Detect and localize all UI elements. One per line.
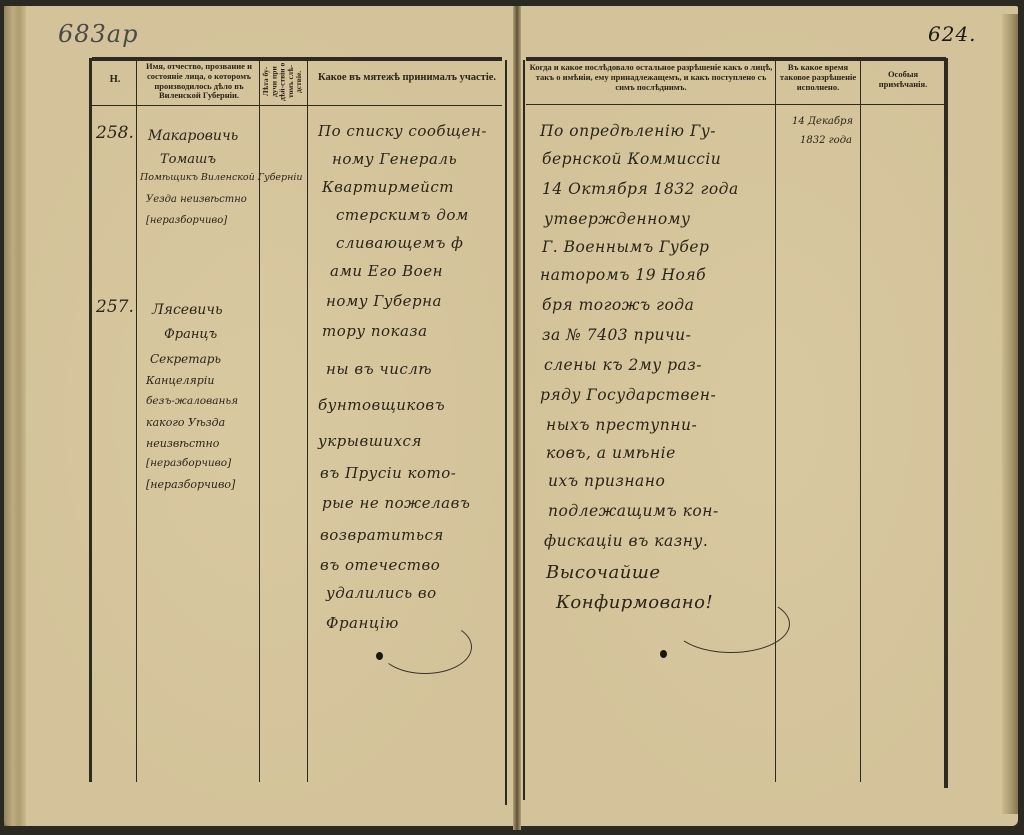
- binding-hole: [660, 650, 667, 658]
- resolution-line: Г. Военнымъ Губер: [542, 238, 709, 256]
- participation-line: Квартирмейст: [322, 178, 454, 196]
- left-folio-mark: 683ар: [58, 20, 138, 48]
- left-outer-rule: [89, 58, 92, 782]
- right-outer-rule: [944, 58, 948, 788]
- participation-line: возвратиться: [320, 526, 444, 544]
- entry-name-line: Лясевичь: [152, 302, 223, 318]
- entry-name-line: неизвѣстно: [146, 437, 219, 450]
- participation-line: бунтовщиковъ: [318, 396, 445, 414]
- entry-number: 257.: [96, 297, 134, 317]
- book-gutter: [513, 6, 521, 830]
- entry-name-line: Канцелярiи: [146, 374, 214, 387]
- resolution-line: Высочайше: [546, 562, 661, 583]
- pen-flourish: [378, 620, 472, 674]
- header-executed-when: Въ какое время таковое разрѣшенiе исполн…: [778, 63, 858, 92]
- executed-when-line: 1832 года: [800, 135, 852, 146]
- participation-line: ны въ числѣ: [326, 360, 432, 378]
- entry-name-line: Макаровичь: [148, 128, 238, 144]
- resolution-line: слены къ 2му раз-: [544, 356, 702, 374]
- resolution-line: бернской Коммиссiи: [542, 150, 721, 168]
- entry-name-line: Францъ: [164, 327, 217, 342]
- participation-line: По списку сообщен-: [318, 122, 487, 140]
- header-resolution: Когда и какое послѣдовало остальное разр…: [528, 63, 774, 92]
- resolution-line: бря тогожъ года: [542, 296, 694, 314]
- participation-line: рые не пожелавъ: [322, 494, 470, 512]
- entry-name-line: Уезда неизвѣстно: [146, 194, 247, 205]
- left-col-rule-3: [307, 60, 308, 782]
- participation-line: стерскимъ дом: [336, 206, 469, 224]
- participation-line: въ отечество: [320, 556, 440, 574]
- participation-line: сливающемъ ф: [336, 234, 463, 252]
- right-top-rule: [526, 57, 946, 61]
- header-remarks: Особыя примѣчанiя.: [863, 70, 943, 90]
- entry-name-line: [неразборчиво]: [146, 478, 235, 491]
- executed-when-line: 14 Декабря: [792, 116, 853, 127]
- participation-line: ному Губерна: [326, 292, 442, 310]
- resolution-line: наторомъ 19 Нояб: [540, 266, 706, 284]
- left-col-rule-1: [136, 60, 137, 782]
- entry-name-line: [неразборчиво]: [146, 457, 231, 469]
- header-participation: Какое въ мятежѣ принималъ участiе.: [312, 72, 502, 84]
- resolution-line: подлежащимъ кон-: [548, 502, 719, 520]
- resolution-line: ныхъ преступни-: [546, 416, 697, 434]
- right-folio-mark: 624.: [928, 22, 977, 46]
- resolution-line: По опредѣленiю Гу-: [540, 122, 716, 140]
- resolution-line: ряду Государствен-: [540, 386, 716, 404]
- entry-name-line: безъ-жалованья: [146, 395, 238, 407]
- left-header-rule: [92, 105, 502, 106]
- entry-name-line: [неразборчиво]: [146, 215, 227, 226]
- entry-number: 258.: [96, 123, 134, 143]
- header-number: Н.: [96, 74, 134, 86]
- resolution-line: за № 7403 причи-: [542, 326, 691, 344]
- right-page-edge: [1002, 14, 1018, 814]
- entry-name-line: Помѣщикъ Виленской Губернiи: [140, 172, 303, 183]
- resolution-line: ковъ, а имѣнiе: [546, 444, 676, 462]
- left-page-edge: [4, 6, 26, 826]
- header-age: Лѣта бу-дучи при дѣй-ствiи о томъ слѣ-дс…: [262, 60, 304, 103]
- resolution-line: утвержденному: [544, 210, 691, 228]
- header-name: Имя, отчество, прозвание и состоянiе лиц…: [140, 62, 258, 101]
- binding-hole: [376, 652, 383, 660]
- pen-flourish: [672, 595, 790, 653]
- entry-name-line: какого Уѣзда: [146, 416, 225, 429]
- participation-line: ному Генераль: [332, 150, 457, 168]
- entry-name-line: Томашъ: [160, 152, 216, 167]
- resolution-line: 14 Октября 1832 года: [542, 180, 739, 198]
- resolution-line: ихъ признано: [548, 472, 665, 490]
- right-col-rule-1: [775, 60, 776, 782]
- entry-name-line: Секретарь: [150, 352, 221, 366]
- participation-line: укрывшихся: [318, 432, 422, 450]
- left-inner-rule: [505, 60, 507, 805]
- resolution-line: фискацiи въ казну.: [544, 532, 708, 550]
- participation-line: удалились во: [326, 584, 437, 602]
- left-col-rule-2: [259, 60, 260, 782]
- participation-line: въ Прусiи кото-: [320, 464, 456, 482]
- open-ledger-book: 683ар 624. Н. Имя, отчество, прозвание и…: [0, 0, 1024, 835]
- right-col-rule-2: [860, 60, 861, 782]
- right-inner-rule: [523, 60, 525, 800]
- right-header-rule: [526, 104, 946, 105]
- participation-line: тору показа: [322, 322, 428, 340]
- participation-line: ами Его Воен: [330, 262, 443, 280]
